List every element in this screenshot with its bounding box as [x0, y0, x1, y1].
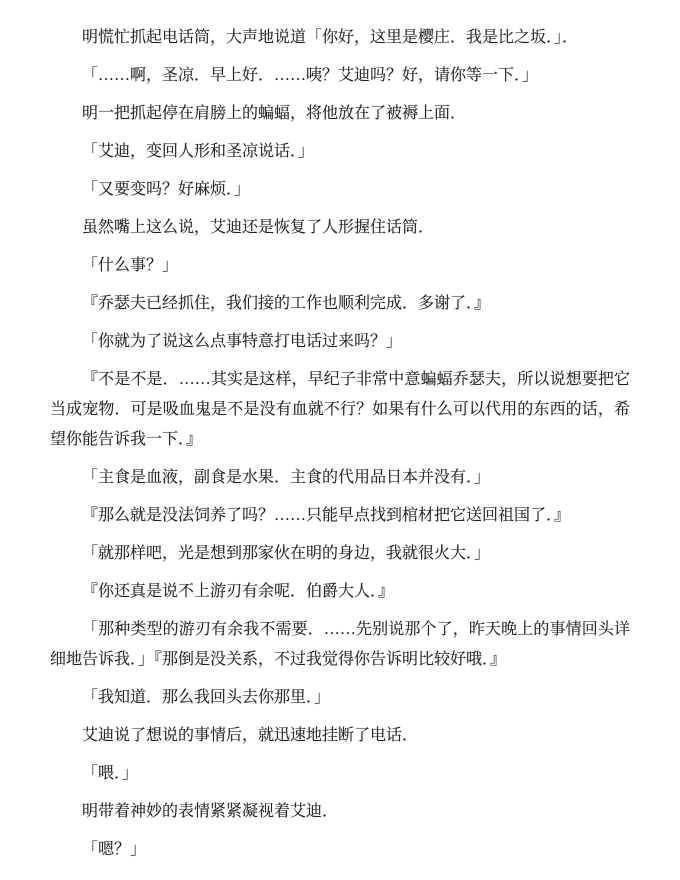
paragraph: 『不是不是．……其实是这样，早纪子非常中意蝙蝠乔瑟夫，所以说想要把它当成宠物．可…	[50, 365, 630, 455]
paragraph: 「主食是血液，副食是水果．主食的代用品日本并没有．」	[50, 463, 630, 493]
paragraph: 「什么事？」	[50, 251, 630, 281]
paragraph: 「……啊，圣凉．早上好．……咦？艾迪吗？好，请你等一下．」	[50, 61, 630, 91]
paragraph: 明一把抓起停在肩膀上的蝙蝠，将他放在了被褥上面．	[50, 99, 630, 129]
paragraph: 『乔瑟夫已经抓住，我们接的工作也顺利完成．多谢了．』	[50, 289, 630, 319]
paragraph: 「嗯？」	[50, 835, 630, 865]
paragraph: 艾迪说了想说的事情后，就迅速地挂断了电话．	[50, 721, 630, 751]
paragraph: 「艾迪，变回人形和圣凉说话．」	[50, 137, 630, 167]
paragraph: 『那么就是没法饲养了吗？……只能早点找到棺材把它送回祖国了．』	[50, 501, 630, 531]
paragraph: 『你还真是说不上游刃有余呢．伯爵大人．』	[50, 577, 630, 607]
text-body: 明慌忙抓起电话筒，大声地说道「你好，这里是樱庄．我是比之坂．」．「……啊，圣凉．…	[50, 23, 630, 865]
novel-page: 明慌忙抓起电话筒，大声地说道「你好，这里是樱庄．我是比之坂．」．「……啊，圣凉．…	[0, 0, 680, 880]
paragraph: 「又要变吗？好麻烦．」	[50, 175, 630, 205]
paragraph: 虽然嘴上这么说，艾迪还是恢复了人形握住话筒．	[50, 213, 630, 243]
paragraph: 「我知道．那么我回头去你那里．」	[50, 683, 630, 713]
paragraph: 「喂．」	[50, 759, 630, 789]
paragraph: 「那种类型的游刃有余我不需要．……先别说那个了，昨天晚上的事情回头详细地告诉我．…	[50, 615, 630, 675]
paragraph: 明带着神妙的表情紧紧凝视着艾迪．	[50, 797, 630, 827]
paragraph: 明慌忙抓起电话筒，大声地说道「你好，这里是樱庄．我是比之坂．」．	[50, 23, 630, 53]
paragraph: 「你就为了说这么点事特意打电话过来吗？」	[50, 327, 630, 357]
paragraph: 「就那样吧，光是想到那家伙在明的身边，我就很火大．」	[50, 539, 630, 569]
